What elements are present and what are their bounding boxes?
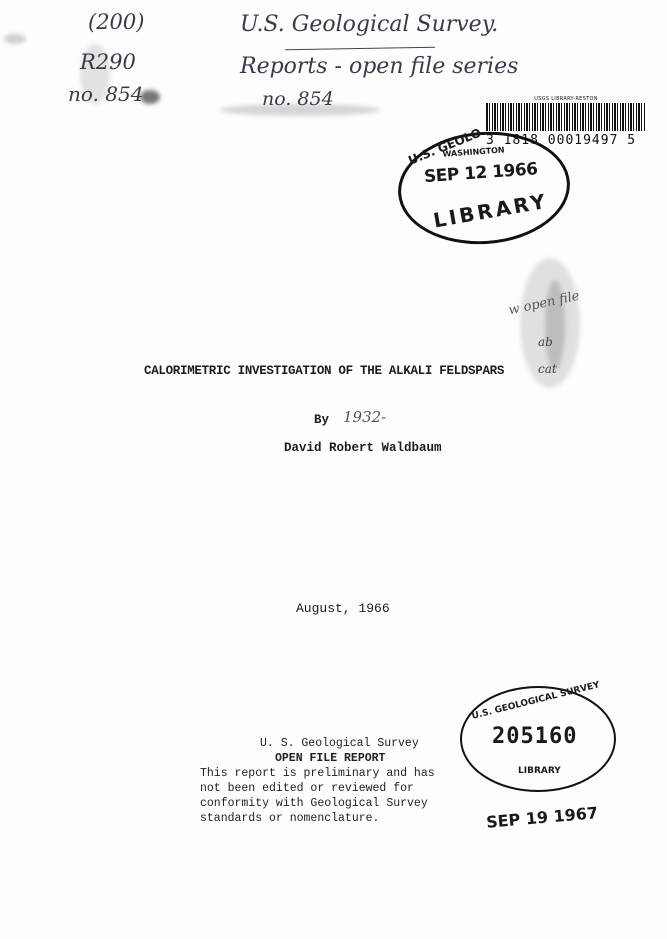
stamp-top-text: U.S. GEOLO — [406, 126, 483, 168]
handwritten-call-number: no. 854 — [68, 82, 143, 106]
byline-label: By — [314, 413, 329, 427]
document-author: David Robert Waldbaum — [284, 441, 442, 455]
document-title: CALORIMETRIC INVESTIGATION OF THE ALKALI… — [144, 364, 504, 378]
stamp-bottom-text: LIBRARY — [431, 189, 550, 233]
handwritten-call-number: (200) — [88, 10, 144, 34]
notice-heading: OPEN FILE REPORT — [200, 751, 435, 766]
barcode-bars — [486, 103, 646, 131]
accession-stamp: U.S. GEOLOGICAL SURVEY 205160 LIBRARY — [460, 686, 616, 792]
handwritten-call-number: R290 — [80, 50, 136, 74]
handwritten-underline — [285, 47, 435, 51]
stamp-date: SEP 12 1966 — [423, 159, 538, 187]
stamp-top-text: U.S. GEOLOGICAL SURVEY — [471, 680, 601, 722]
open-file-notice: U. S. Geological Survey OPEN FILE REPORT… — [200, 736, 435, 826]
accession-date-stamp: SEP 19 1967 — [485, 803, 598, 832]
stamp-bottom-text: LIBRARY — [518, 766, 561, 776]
handwritten-author-year: 1932- — [343, 408, 386, 426]
notice-agency: U. S. Geological Survey — [200, 736, 435, 751]
margin-note: ab — [538, 335, 553, 349]
notice-line: not been edited or reviewed for — [200, 781, 435, 796]
handwritten-series-subtitle: Reports - open file series — [240, 54, 518, 79]
handwritten-series-title: U.S. Geological Survey. — [240, 12, 498, 37]
document-date: August, 1966 — [296, 601, 390, 616]
barcode-label: USGS LIBRARY-RESTON — [486, 96, 646, 102]
notice-line: conformity with Geological Survey — [200, 796, 435, 811]
notice-line: standards or nomenclature. — [200, 811, 435, 826]
scanned-page: (200) R290 no. 854 U.S. Geological Surve… — [0, 0, 667, 939]
scan-smudge — [4, 34, 26, 44]
handwritten-series-number: no. 854 — [262, 88, 334, 110]
accession-number: 205160 — [492, 724, 577, 749]
margin-note: cat — [538, 362, 557, 376]
notice-line: This report is preliminary and has — [200, 766, 435, 781]
